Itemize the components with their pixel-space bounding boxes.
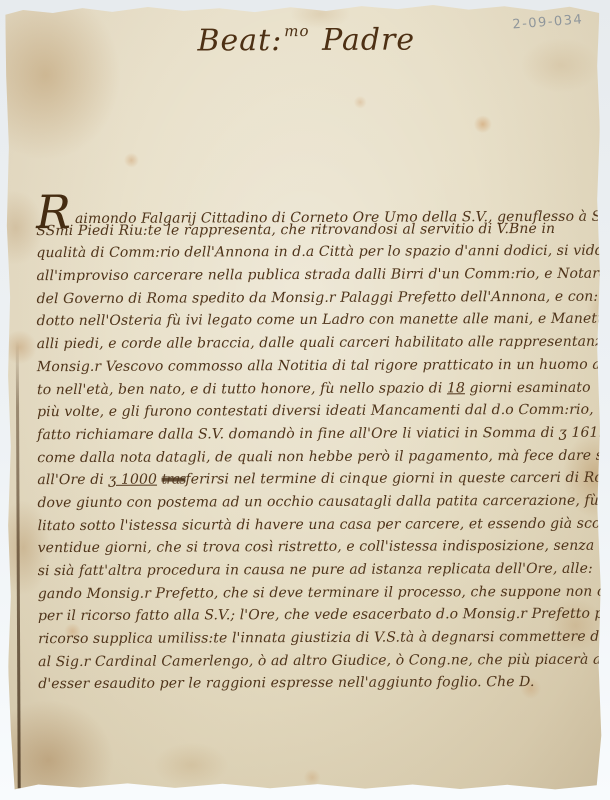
manuscript-body: Raimondo Falgarij Cittadino di Corneto O… (36, 195, 600, 697)
salutation-superscript: mo (284, 22, 309, 40)
salutation-word: Padre (322, 23, 415, 58)
line-text: to nell'età, ben nato, e di tutto honore… (37, 380, 447, 398)
manuscript-line: to nell'età, ben nato, e di tutto honore… (37, 376, 599, 401)
manuscript-line: dotto nell'Osteria fù ivi legato come un… (37, 308, 599, 333)
manuscript-line: SSmi Piedi Riu:te le rappresenta, che ri… (36, 217, 598, 242)
manuscript-line: fatto richiamare dalla S.V. domandò in f… (37, 422, 599, 447)
manuscript-line: ventidue giorni, che si trova così ristr… (38, 535, 600, 560)
drop-cap: R (36, 202, 71, 222)
manuscript-line: Monsig.r Vescovo commosso alla Notitia d… (37, 354, 599, 379)
manuscript-line: come dalla nota datagli, de quali non he… (37, 444, 599, 469)
manuscript-line: più volte, e gli furono contestati diver… (37, 399, 599, 424)
struck-word: tras (162, 472, 186, 488)
manuscript-line: qualità di Comm:rio dell'Annona in d.a C… (36, 240, 598, 265)
manuscript-line: d'esser esaudito per le raggioni espress… (38, 671, 600, 696)
scan-background: { "colors": { "ink": "#4f341a", "paper":… (0, 0, 610, 800)
letter-salutation: Beat:mo Padre (197, 22, 415, 59)
manuscript-line: al Sig.r Cardinal Camerlengo, ò ad altro… (38, 648, 600, 673)
manuscript-line: all'Ore di ʒ 1000 trasferirsi nel termin… (37, 467, 599, 492)
manuscript-line: del Governo di Roma spedito da Monsig.r … (37, 285, 599, 310)
manuscript-line: alli piedi, e corde alle braccia, dalle … (37, 331, 599, 356)
underlined-number: 18 (447, 380, 465, 396)
underlined-amount: ʒ 1000 (108, 472, 157, 488)
salutation-abbrev: Beat: (197, 23, 282, 58)
manuscript-line: litato sotto l'istessa sicurtà di havere… (38, 512, 600, 537)
manuscript-line: all'improviso carcerare nella publica st… (36, 263, 598, 288)
manuscript-line: ricorso supplica umiliss:te l'innata giu… (38, 626, 600, 651)
manuscript-line: dove giunto con postema ad un occhio cau… (37, 490, 599, 515)
manuscript-line: si sià fatt'altra procedura in causa ne … (38, 558, 600, 583)
line-text: giorni esaminato (465, 379, 591, 396)
manuscript-line: Raimondo Falgarij Cittadino di Corneto O… (36, 195, 598, 220)
manuscript-line: gando Monsig.r Prefetto, che si deve ter… (38, 580, 600, 605)
line-text: ferirsi nel termine di cinque giorni in … (185, 470, 610, 488)
line-text: all'Ore di (37, 472, 108, 488)
paper-sheet: Beat:mo Padre 2-09-034 Raimondo Falgarij… (5, 3, 602, 794)
manuscript-line: per il ricorso fatto alla S.V.; l'Ore, c… (38, 603, 600, 628)
